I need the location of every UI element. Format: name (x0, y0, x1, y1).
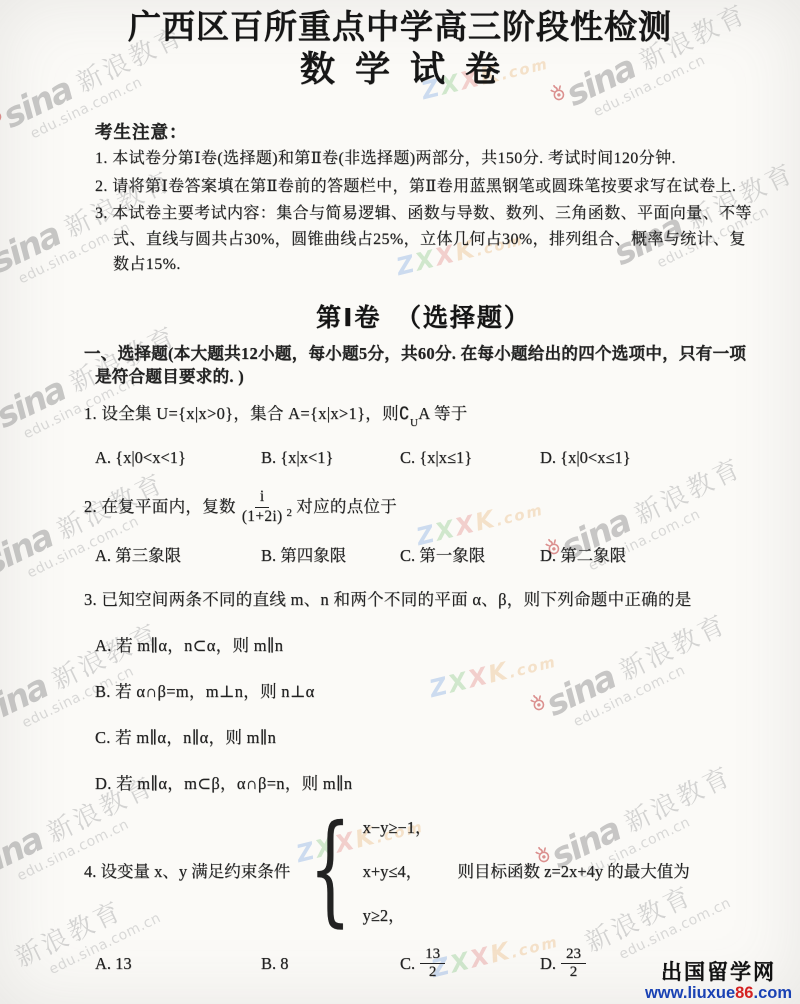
paper-title: 广西区百所重点中学高三阶段性检测 (0, 6, 800, 47)
fraction-exponent: 2 (286, 501, 292, 525)
section-instructions: 一、选择题(本大题共12小题，每小题5分，共60分. 在每小题给出的四个选项中，… (84, 342, 755, 388)
url-part-red: 86 (735, 984, 753, 1002)
complex-fraction: i(1+2i) (240, 488, 285, 526)
question-1-stem: 1. 设全集 U={x|x>0}，集合 A={x|x>1}，则∁UA 等于 (84, 402, 755, 432)
notice-heading: 考生注意： (92, 119, 755, 144)
liuxue-footer: 出国留学网 www.liuxue86.com (645, 961, 792, 1002)
q3-option-b: B. 若 α∩β=m，m⊥n，则 n⊥α (92, 680, 755, 704)
q3-option-a: A. 若 m∥α，n⊂α，则 m∥n (92, 634, 755, 658)
constraint-3: y≥2， (363, 902, 432, 926)
q1-option-a: A. {x|0<x<1} (95, 448, 261, 468)
constraint-1: x−y≥−1， (363, 814, 432, 838)
fraction-denominator: 2 (568, 964, 580, 981)
q1-text-suffix: A 等于 (418, 404, 467, 423)
fraction-numerator: 13 (420, 946, 445, 964)
q2-option-b: B. 第四象限 (261, 542, 400, 566)
liuxue-site-url: www.liuxue86.com (645, 984, 792, 1002)
option-fraction: 232 (561, 946, 586, 982)
complement-subscript: U (410, 417, 418, 429)
complement-symbol: ∁ (399, 404, 410, 423)
q3-option-c: C. 若 m∥α，n∥α，则 m∥n (92, 726, 755, 750)
question-3-stem: 3. 已知空间两条不同的直线 m、n 和两个不同的平面 α、β，则下列命题中正确… (84, 588, 755, 612)
constraint-system: x−y≥−1， x+y≤4， y≥2， (363, 812, 432, 928)
option-label: C. (400, 954, 415, 974)
url-part: www.liuxue (645, 984, 735, 1002)
option-fraction: 132 (420, 946, 445, 982)
q2-option-c: C. 第一象限 (400, 542, 540, 566)
paper-subtitle: 数学试卷 (0, 49, 800, 91)
q4-option-c: C.132 (400, 946, 540, 982)
q1-option-c: C. {x|x≤1} (400, 448, 540, 468)
paper-body: 考生注意： 1. 本试卷分第Ⅰ卷(选择题)和第Ⅱ卷(非选择题)两部分，共150分… (0, 119, 800, 981)
q3-option-d: D. 若 m∥α，m⊂β，α∩β=n，则 m∥n (92, 772, 755, 796)
notice-section: 考生注意： 1. 本试卷分第Ⅰ卷(选择题)和第Ⅱ卷(非选择题)两部分，共150分… (92, 119, 755, 278)
q1-text: 1. 设全集 U={x|x>0}，集合 A={x|x>1}，则 (84, 404, 399, 423)
question-4-stem: 4. 设变量 x、y 满足约束条件 x−y≥−1， x+y≤4， y≥2， 则目… (84, 806, 755, 934)
q2-option-a: A. 第三象限 (95, 542, 261, 566)
fraction-denominator: 2 (427, 964, 439, 981)
q4-text: 4. 设变量 x、y 满足约束条件 (84, 858, 290, 882)
question-2-stem: 2. 在复平面内，复数 i(1+2i)2 对应的点位于 (84, 488, 755, 526)
header: 广西区百所重点中学高三阶段性检测 数学试卷 (0, 0, 800, 91)
question-1-options: A. {x|0<x<1} B. {x|x<1} C. {x|x≤1} D. {x… (92, 448, 755, 468)
exam-paper-page: sina 新浪教育 edu.sina.com.cn sina新浪教育 edu.s… (0, 0, 800, 1004)
fraction-numerator: i (255, 488, 270, 508)
liuxue-site-name: 出国留学网 (645, 961, 792, 984)
notice-item-3: 3. 本试卷主要考试内容：集合与简易逻辑、函数与导数、数列、三角函数、平面向量、… (92, 201, 755, 278)
constraint-2: x+y≤4， (363, 858, 432, 882)
q4-option-d: D.232 (540, 946, 588, 982)
section-title: 第Ⅰ卷 （选择题） (92, 298, 755, 334)
brace-icon (309, 807, 351, 933)
url-part: .com (753, 984, 792, 1002)
question-2-options: A. 第三象限 B. 第四象限 C. 第一象限 D. 第二象限 (92, 542, 755, 566)
q4-option-a: A. 13 (95, 954, 261, 974)
q1-option-d: D. {x|0<x≤1} (540, 448, 631, 468)
q4-text-suffix: 则目标函数 z=2x+4y 的最大值为 (458, 858, 690, 882)
q4-option-b: B. 8 (261, 954, 400, 974)
q1-option-b: B. {x|x<1} (261, 448, 400, 468)
notice-item-1: 1. 本试卷分第Ⅰ卷(选择题)和第Ⅱ卷(非选择题)两部分，共150分. 考试时间… (92, 146, 755, 172)
q2-text-suffix: 对应的点位于 (296, 495, 397, 519)
q2-text: 2. 在复平面内，复数 (84, 495, 236, 519)
fraction-denominator: (1+2i) (240, 508, 285, 527)
fraction-numerator: 23 (561, 946, 586, 964)
notice-item-2: 2. 请将第Ⅰ卷答案填在第Ⅱ卷前的答题栏中，第Ⅱ卷用蓝黑钢笔或圆珠笔按要求写在试… (92, 174, 755, 200)
q2-option-d: D. 第二象限 (540, 542, 626, 566)
option-label: D. (540, 954, 556, 974)
